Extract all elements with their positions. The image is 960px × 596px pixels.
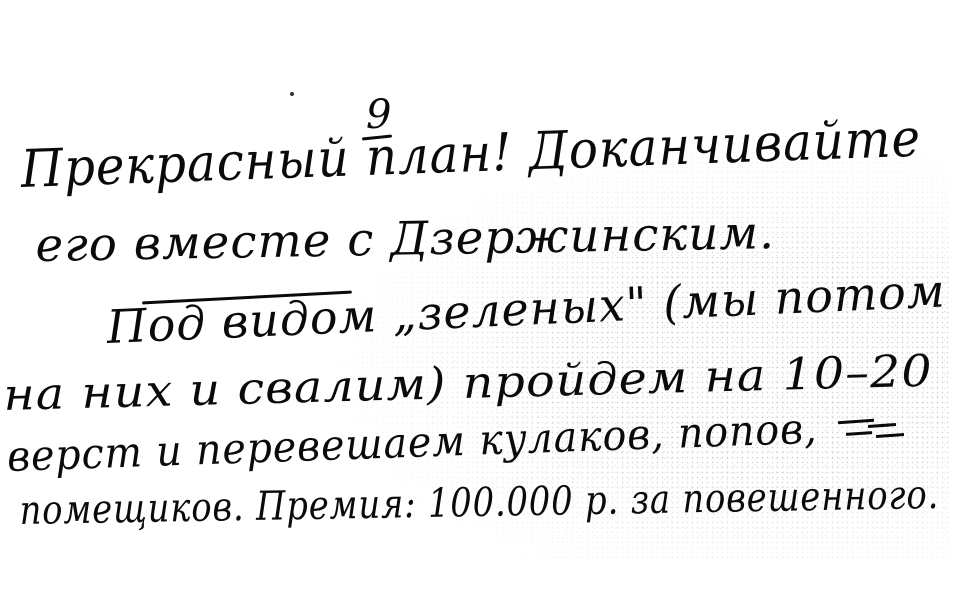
ink-speck [290,92,294,96]
manuscript-page: 9 Прекрасный план! Доканчивайте его вмес… [0,0,960,596]
